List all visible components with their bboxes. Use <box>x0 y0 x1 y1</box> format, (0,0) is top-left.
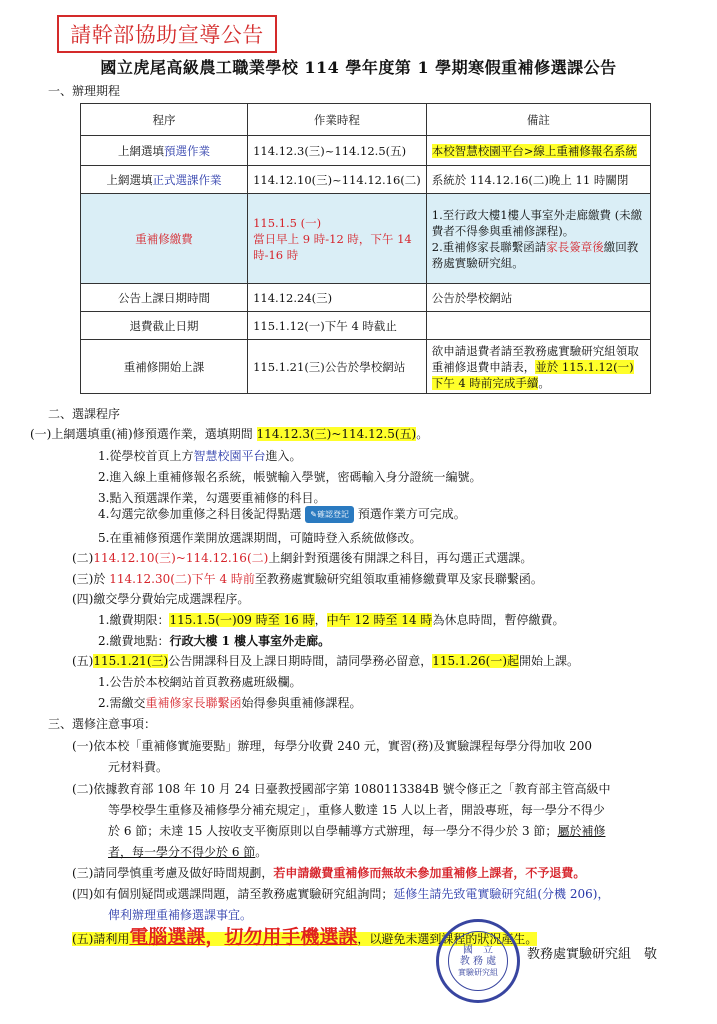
table-row: 上網選填正式選課作業 114.12.10(三)~114.12.16(二) 系統於… <box>81 166 651 194</box>
red-text: 重補修家長聯繫函 <box>145 696 241 710</box>
text: 公告開課科目及上課日期時間，請同學務必留意， <box>168 654 432 668</box>
red-text: 若申請繳費重補修而無故未參加重補修上課者，不予退費。 <box>273 866 585 880</box>
note-line: 2.重補修家長聯繫函請家長簽章後繳回教務處實驗研究組。 <box>432 239 645 271</box>
highlight: 115.1.21(三) <box>93 654 168 668</box>
s2-sub4: 4.勾選完欲參加重修之科目後記得點選 ✎確認登記 預選作業方可完成。 <box>98 505 466 523</box>
cell-note: 公告於學校網站 <box>426 284 650 312</box>
note-text: 2.重補修家長聯繫函請 <box>432 240 546 254</box>
header-time: 作業時程 <box>248 104 427 136</box>
s3-item1: (一)依本校「重補修實施要點」辦理，每學分收費 240 元，實習(務)及實驗課程… <box>72 737 592 754</box>
table-row: 上網選填預選作業 114.12.3(三)~114.12.5(五) 本校智慧校園平… <box>81 136 651 166</box>
signature: 教務處實驗研究組 敬 <box>527 943 657 962</box>
text: (四)如有個別疑問或選課問題，請至教務處實驗研究組詢問； <box>72 887 393 901</box>
stamp-text: 教 務 處 <box>460 956 496 968</box>
document-title: 國立虎尾高級農工職業學校 114 學年度第 1 學期寒假重補修選課公告 <box>0 55 717 78</box>
underlined-text: 屬於補修 <box>557 824 605 838</box>
underlined-text: 者，每一學分不得少於 6 節 <box>108 845 255 859</box>
cell-step: 公告上課日期時間 <box>81 284 248 312</box>
s2-sub5-2: 2.需繳交重補修家長聯繫函始得參與重補修課程。 <box>98 694 361 711</box>
step-emphasis: 正式選課作業 <box>153 173 222 187</box>
note-emphasis: 家長簽章後 <box>546 240 604 254</box>
s2-item4: (四)繳交學分費始完成選課程序。 <box>72 590 249 607</box>
cell-step: 上網選填預選作業 <box>81 136 248 166</box>
text: (五)請利用 <box>72 932 129 946</box>
step-text: 上網選填 <box>118 144 164 158</box>
red-text: 114.12.10(三)~114.12.16(二) <box>93 551 268 565</box>
cell-time: 114.12.3(三)~114.12.5(五) <box>248 136 427 166</box>
cell-time: 115.1.12(一)下午 4 時截止 <box>248 312 427 340</box>
s3-item4-cont: 俾利辦理重補修選課事宜。 <box>108 906 252 923</box>
stamp-text: 實驗研究組 <box>458 968 498 977</box>
stamp-text: 國 立 <box>463 945 493 957</box>
s2-sub4-1: 1.繳費期限：115.1.5(一)09 時至 16 時，中午 12 時至 14 … <box>98 611 564 628</box>
section2-heading: 二、選課程序 <box>48 405 120 422</box>
s3-item1-cont: 元材料費。 <box>108 758 168 775</box>
s2-sub3: 3.點入預選課作業，勾選要重補修的科目。 <box>98 489 325 506</box>
highlight: 115.1.5(一)09 時至 16 時 <box>169 613 314 627</box>
text: 2.需繳交 <box>98 696 145 710</box>
time-line: 當日早上 9 時-12 時，下午 14 時-16 時 <box>253 231 421 263</box>
section3-heading: 三、選修注意事項： <box>48 715 156 732</box>
section1-heading: 一、辦理期程 <box>48 82 120 99</box>
s2-item5: (五)115.1.21(三)公告開課科目及上課日期時間，請同學務必留意，115.… <box>72 652 579 669</box>
note-text: 。 <box>538 376 550 390</box>
text: 4.勾選完欲參加重修之科目後記得點選 <box>98 507 305 521</box>
cell-note: 欲申請退費者請至教務處實驗研究組領取重補修退費申請表，並於 115.1.12(一… <box>426 340 650 394</box>
s2-item3: (三)於 114.12.30(二)下午 4 時前至教務處實驗研究組領取重補修繳費… <box>72 570 543 587</box>
cell-note: 本校智慧校園平台>線上重補修報名系統 <box>426 136 650 166</box>
text: (二) <box>72 551 93 565</box>
s3-item2-cont: 等學校學生重修及補修學分補充規定」，重修人數達 15 人以上者，開設專班，每一學… <box>108 801 605 818</box>
text: 1.從學校首頁上方 <box>98 449 193 463</box>
step-text: 上網選填 <box>107 173 153 187</box>
schedule-table: 程序 作業時程 備註 上網選填預選作業 114.12.3(三)~114.12.5… <box>80 103 651 394</box>
cell-time: 115.1.5 (一)當日早上 9 時-12 時，下午 14 時-16 時 <box>248 194 427 284</box>
s3-item2-cont: 於 6 節；未達 15 人按收支平衡原則以自學輔導方式辦理，每一學分不得少於 3… <box>108 822 605 839</box>
header-step: 程序 <box>81 104 248 136</box>
cell-step: 上網選填正式選課作業 <box>81 166 248 194</box>
text: (五) <box>72 654 93 668</box>
text: (三)於 <box>72 572 109 586</box>
big-red-text: 電腦選課 <box>129 926 205 948</box>
s3-item2-cont: 者，每一學分不得少於 6 節。 <box>108 843 267 860</box>
cell-step: 退費截止日期 <box>81 312 248 340</box>
text: ， <box>315 613 327 627</box>
s2-item1: (一)上網選填重(補)修預選作業，選填期間 114.12.3(三)~114.12… <box>30 425 428 442</box>
s2-sub5: 5.在重補修預選作業開放選課期間，可隨時登入系統做修改。 <box>98 529 421 546</box>
cell-note: 系統於 114.12.16(二)晚上 11 時關閉 <box>426 166 650 194</box>
stamp-inner: 國 立 教 務 處 實驗研究組 <box>448 931 508 991</box>
cell-time: 114.12.24(三) <box>248 284 427 312</box>
bold-text: 行政大樓 1 樓人事室外走廊。 <box>169 634 330 648</box>
step-emphasis: 預選作業 <box>164 144 210 158</box>
cell-time: 114.12.10(三)~114.12.16(二) <box>248 166 427 194</box>
cell-note: 1.至行政大樓1樓人事室外走廊繳費 (未繳費者不得參與重補修課程)。2.重補修家… <box>426 194 650 284</box>
text: 。 <box>255 845 267 859</box>
text: (一)上網選填重(補)修預選作業，選填期間 <box>30 427 257 441</box>
text: 。 <box>416 427 428 441</box>
s2-sub5-1: 1.公告於本校網站首頁教務處班級欄。 <box>98 673 301 690</box>
text: 預選作業方可完成。 <box>354 507 466 521</box>
text: 為休息時間，暫停繳費。 <box>432 613 564 627</box>
cell-note <box>426 312 650 340</box>
s3-item3: (三)請同學慎重考慮及做好時間規劃，若申請繳費重補修而無故未參加重補修上課者，不… <box>72 864 585 881</box>
table-row: 重補修開始上課 115.1.21(三)公告於學校網站 欲申請退費者請至教務處實驗… <box>81 340 651 394</box>
text: 2.繳費地點： <box>98 634 169 648</box>
text: 1.繳費期限： <box>98 613 169 627</box>
text: (三)請同學慎重考慮及做好時間規劃， <box>72 866 273 880</box>
promo-banner: 請幹部協助宣導公告 <box>57 15 277 53</box>
s3-item4: (四)如有個別疑問或選課問題，請至教務處實驗研究組詢問；延修生請先致電實驗研究組… <box>72 885 609 902</box>
text: 至教務處實驗研究組領取重補修繳費單及家長聯繫函。 <box>255 572 543 586</box>
highlight: 114.12.3(三)~114.12.5(五) <box>257 427 417 441</box>
highlight: 115.1.26(一)起 <box>432 654 519 668</box>
text: ， <box>205 926 224 948</box>
s2-item2: (二)114.12.10(三)~114.12.16(二)上網針對預選後有開課之科… <box>72 549 532 566</box>
time-line: 115.1.5 (一) <box>253 215 421 231</box>
text: 上網針對預選後有開課之科目，再勾選正式選課。 <box>268 551 532 565</box>
cell-step: 重補修開始上課 <box>81 340 248 394</box>
cell-time: 115.1.21(三)公告於學校網站 <box>248 340 427 394</box>
text: 始得參與重補修課程。 <box>241 696 361 710</box>
table-header-row: 程序 作業時程 備註 <box>81 104 651 136</box>
s2-sub2: 2.進入線上重補修報名系統，帳號輸入學號，密碼輸入身分證統一編號。 <box>98 468 481 485</box>
s3-item2: (二)依據教育部 108 年 10 月 24 日臺教授國部字第 10801133… <box>72 780 611 797</box>
cell-step: 重補修繳費 <box>81 194 248 284</box>
official-stamp: 國 立 教 務 處 實驗研究組 <box>436 919 520 1003</box>
red-text: 114.12.30(二)下午 4 時前 <box>109 572 255 586</box>
confirm-register-button[interactable]: ✎確認登記 <box>305 506 354 523</box>
text: 開始上課。 <box>519 654 579 668</box>
s2-sub4-2: 2.繳費地點：行政大樓 1 樓人事室外走廊。 <box>98 632 330 649</box>
table-row: 重補修繳費 115.1.5 (一)當日早上 9 時-12 時，下午 14 時-1… <box>81 194 651 284</box>
note-line: 1.至行政大樓1樓人事室外走廊繳費 (未繳費者不得參與重補修課程)。 <box>432 207 645 239</box>
highlight: 中午 12 時至 14 時 <box>327 613 433 627</box>
promo-label: 請幹部協助宣導公告 <box>70 19 264 49</box>
platform-link[interactable]: 智慧校園平台 <box>193 449 265 463</box>
table-row: 退費截止日期 115.1.12(一)下午 4 時截止 <box>81 312 651 340</box>
text: 進入。 <box>265 449 301 463</box>
big-red-text: 切勿用手機選課 <box>224 926 357 948</box>
text: 於 6 節；未達 15 人按收支平衡原則以自學輔導方式辦理，每一學分不得少於 3… <box>108 824 557 838</box>
blue-text: 延修生請先致電實驗研究組(分機 206)， <box>393 887 609 901</box>
table-row: 公告上課日期時間 114.12.24(三) 公告於學校網站 <box>81 284 651 312</box>
header-note: 備註 <box>426 104 650 136</box>
note-highlight: 本校智慧校園平台>線上重補修報名系統 <box>432 144 637 158</box>
s2-sub1: 1.從學校首頁上方智慧校園平台進入。 <box>98 447 301 464</box>
